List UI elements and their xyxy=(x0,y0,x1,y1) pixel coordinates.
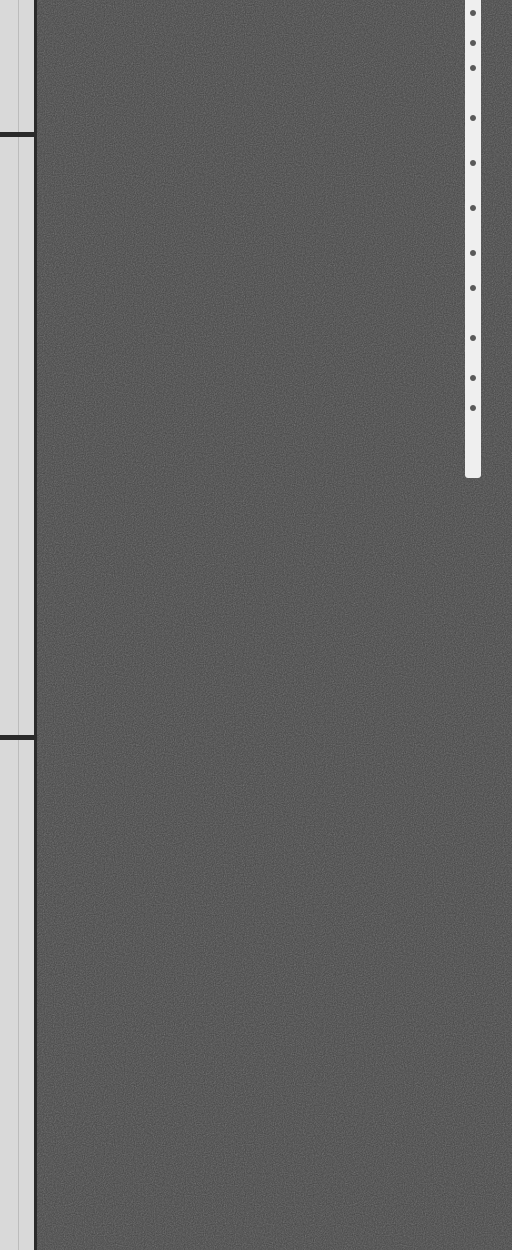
reflector-dot xyxy=(470,205,476,211)
reflector-dot xyxy=(470,115,476,121)
reflector-dot xyxy=(470,40,476,46)
curb-joint xyxy=(0,132,36,137)
asphalt-surface xyxy=(0,0,512,1250)
curb xyxy=(0,0,34,1250)
reflector-dot xyxy=(470,375,476,381)
reflector-dot xyxy=(470,160,476,166)
curb-joint xyxy=(0,735,36,740)
road-scene xyxy=(0,0,512,1250)
curb-groove xyxy=(18,0,19,1250)
reflector-dot xyxy=(470,285,476,291)
reflector-dot xyxy=(470,65,476,71)
reflector-dot xyxy=(470,250,476,256)
reflector-dot xyxy=(470,405,476,411)
curb-edge xyxy=(34,0,37,1250)
reflector-dot xyxy=(470,10,476,16)
reflector-dot xyxy=(470,335,476,341)
